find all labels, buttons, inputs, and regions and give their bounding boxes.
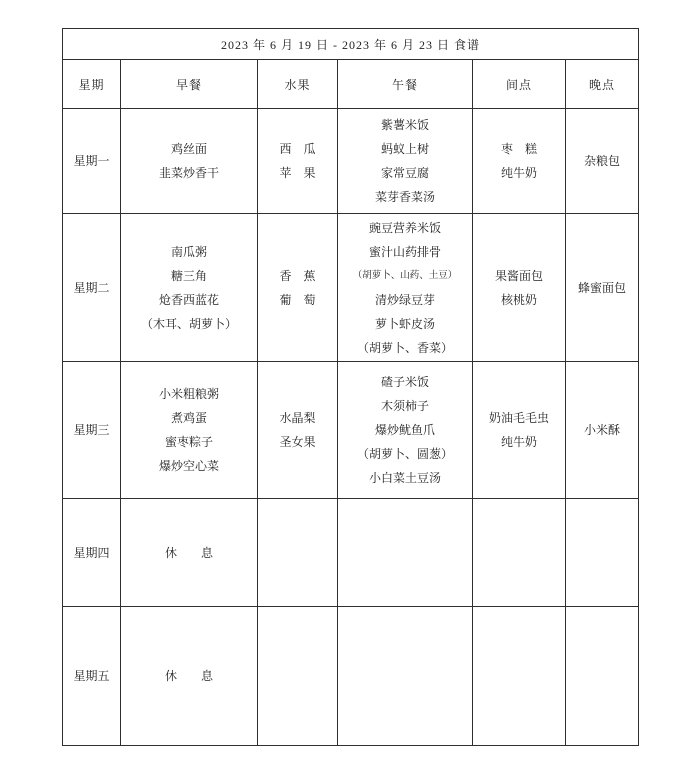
- breakfast-cell: 小米粗粮粥煮鸡蛋蜜枣粽子爆炒空心菜: [121, 362, 258, 499]
- fruit-cell: 香 蕉葡 萄: [258, 214, 338, 362]
- menu-item-text: 糖三角: [121, 264, 257, 288]
- dinner-cell: 小米酥: [566, 362, 639, 499]
- menu-item-text: 枣 糕: [473, 137, 565, 161]
- menu-item-text: 纯牛奶: [473, 161, 565, 185]
- menu-item-text: 杂粮包: [566, 149, 638, 173]
- lunch-cell: 碴子米饭木须柿子爆炒鱿鱼爪（胡萝卜、圆葱）小白菜土豆汤: [338, 362, 473, 499]
- lunch-cell: [338, 499, 473, 607]
- snack-cell: [473, 499, 566, 607]
- header-dinner: 晚点: [566, 60, 639, 109]
- dinner-cell: [566, 499, 639, 607]
- menu-item-text: （木耳、胡萝卜）: [121, 312, 257, 336]
- menu-item-text: 奶油毛毛虫: [473, 406, 565, 430]
- snack-cell: 枣 糕纯牛奶: [473, 109, 566, 214]
- menu-item-text: 休 息: [121, 541, 257, 565]
- table-row: 星期二南瓜粥糖三角炝香西蓝花（木耳、胡萝卜）香 蕉葡 萄豌豆营养米饭蜜汁山药排骨…: [63, 214, 639, 362]
- menu-item-text: 紫薯米饭: [338, 113, 472, 137]
- day-cell: 星期三: [63, 362, 121, 499]
- menu-item-text: （胡萝卜、山药、土豆）: [338, 264, 472, 288]
- snack-cell: [473, 607, 566, 746]
- menu-item-text: 香 蕉: [258, 264, 337, 288]
- header-snack: 间点: [473, 60, 566, 109]
- menu-item-text: 爆炒鱿鱼爪: [338, 418, 472, 442]
- breakfast-cell: 休 息: [121, 607, 258, 746]
- document-page: 2023 年 6 月 19 日 - 2023 年 6 月 23 日 食谱 星期 …: [0, 0, 700, 757]
- title-row: 2023 年 6 月 19 日 - 2023 年 6 月 23 日 食谱: [63, 29, 639, 60]
- dinner-cell: 杂粮包: [566, 109, 639, 214]
- menu-item-text: 萝卜虾皮汤: [338, 312, 472, 336]
- menu-item-text: 核桃奶: [473, 288, 565, 312]
- menu-item-text: 星期五: [63, 664, 120, 688]
- menu-rows: 星期一鸡丝面韭菜炒香干西 瓜苹 果紫薯米饭蚂蚁上树家常豆腐菜芽香菜汤枣 糕纯牛奶…: [63, 109, 639, 746]
- header-row: 星期 早餐 水果 午餐 间点 晚点: [63, 60, 639, 109]
- fruit-cell: 西 瓜苹 果: [258, 109, 338, 214]
- menu-item-text: （胡萝卜、圆葱）: [338, 442, 472, 466]
- breakfast-cell: 鸡丝面韭菜炒香干: [121, 109, 258, 214]
- menu-item-text: 小白菜土豆汤: [338, 466, 472, 490]
- table-title: 2023 年 6 月 19 日 - 2023 年 6 月 23 日 食谱: [63, 29, 639, 60]
- menu-item-text: 蜂蜜面包: [566, 276, 638, 300]
- fruit-cell: 水晶梨圣女果: [258, 362, 338, 499]
- header-breakfast: 早餐: [121, 60, 258, 109]
- menu-item-text: 星期一: [63, 149, 120, 173]
- menu-item-text: 蚂蚁上树: [338, 137, 472, 161]
- menu-item-text: 爆炒空心菜: [121, 454, 257, 478]
- snack-cell: 奶油毛毛虫纯牛奶: [473, 362, 566, 499]
- breakfast-cell: 南瓜粥糖三角炝香西蓝花（木耳、胡萝卜）: [121, 214, 258, 362]
- lunch-cell: 紫薯米饭蚂蚁上树家常豆腐菜芽香菜汤: [338, 109, 473, 214]
- dinner-cell: 蜂蜜面包: [566, 214, 639, 362]
- menu-item-text: 清炒绿豆芽: [338, 288, 472, 312]
- breakfast-cell: 休 息: [121, 499, 258, 607]
- menu-item-text: 碴子米饭: [338, 370, 472, 394]
- table-row: 星期一鸡丝面韭菜炒香干西 瓜苹 果紫薯米饭蚂蚁上树家常豆腐菜芽香菜汤枣 糕纯牛奶…: [63, 109, 639, 214]
- menu-item-text: 木须柿子: [338, 394, 472, 418]
- header-fruit: 水果: [258, 60, 338, 109]
- menu-item-text: 豌豆营养米饭: [338, 216, 472, 240]
- snack-cell: 果酱面包核桃奶: [473, 214, 566, 362]
- dinner-cell: [566, 607, 639, 746]
- menu-item-text: 苹 果: [258, 161, 337, 185]
- menu-item-text: 蜜汁山药排骨: [338, 240, 472, 264]
- menu-item-text: 韭菜炒香干: [121, 161, 257, 185]
- day-cell: 星期二: [63, 214, 121, 362]
- menu-item-text: 星期三: [63, 418, 120, 442]
- menu-item-text: 葡 萄: [258, 288, 337, 312]
- table-row: 星期四休 息: [63, 499, 639, 607]
- menu-item-text: 小米粗粮粥: [121, 382, 257, 406]
- table-row: 星期三小米粗粮粥煮鸡蛋蜜枣粽子爆炒空心菜水晶梨圣女果碴子米饭木须柿子爆炒鱿鱼爪（…: [63, 362, 639, 499]
- menu-item-text: 蜜枣粽子: [121, 430, 257, 454]
- menu-item-text: 炝香西蓝花: [121, 288, 257, 312]
- menu-item-text: 纯牛奶: [473, 430, 565, 454]
- menu-item-text: 鸡丝面: [121, 137, 257, 161]
- menu-item-text: 休 息: [121, 664, 257, 688]
- menu-item-text: 星期二: [63, 276, 120, 300]
- menu-item-text: 西 瓜: [258, 137, 337, 161]
- menu-item-text: 菜芽香菜汤: [338, 185, 472, 209]
- header-lunch: 午餐: [338, 60, 473, 109]
- lunch-cell: [338, 607, 473, 746]
- menu-item-text: （胡萝卜、香菜）: [338, 336, 472, 360]
- menu-item-text: 南瓜粥: [121, 240, 257, 264]
- fruit-cell: [258, 607, 338, 746]
- day-cell: 星期五: [63, 607, 121, 746]
- menu-item-text: 星期四: [63, 541, 120, 565]
- weekly-menu-table: 2023 年 6 月 19 日 - 2023 年 6 月 23 日 食谱 星期 …: [62, 28, 639, 746]
- day-cell: 星期一: [63, 109, 121, 214]
- menu-item-text: 煮鸡蛋: [121, 406, 257, 430]
- lunch-cell: 豌豆营养米饭蜜汁山药排骨（胡萝卜、山药、土豆）清炒绿豆芽萝卜虾皮汤（胡萝卜、香菜…: [338, 214, 473, 362]
- menu-item-text: 家常豆腐: [338, 161, 472, 185]
- fruit-cell: [258, 499, 338, 607]
- table-row: 星期五休 息: [63, 607, 639, 746]
- menu-item-text: 水晶梨: [258, 406, 337, 430]
- day-cell: 星期四: [63, 499, 121, 607]
- menu-item-text: 小米酥: [566, 418, 638, 442]
- menu-item-text: 圣女果: [258, 430, 337, 454]
- header-day: 星期: [63, 60, 121, 109]
- menu-item-text: 果酱面包: [473, 264, 565, 288]
